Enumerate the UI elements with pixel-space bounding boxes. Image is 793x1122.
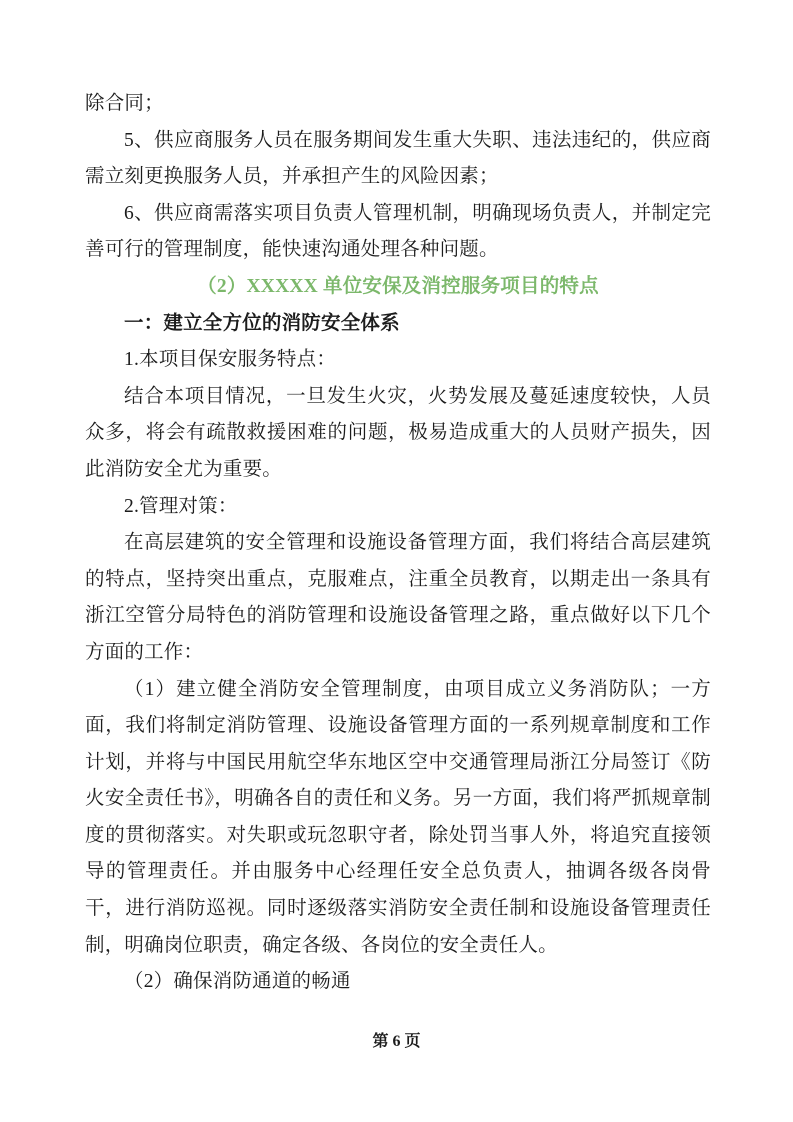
paragraph-clause-5: 5、供应商服务人员在服务期间发生重大失职、违法违纪的，供应商需立刻更换服务人员，… (85, 123, 711, 196)
paragraph-fire-management-system: （1）建立健全消防安全管理制度，由项目成立义务消防队；一方面，我们将制定消防管理… (85, 672, 711, 965)
heading-fire-safety-system: 一：建立全方位的消防安全体系 (85, 306, 711, 343)
paragraph-clause-6: 6、供应商需落实项目负责人管理机制，明确现场负责人，并制定完善可行的管理制度，能… (85, 196, 711, 269)
page-number: 第 6 页 (0, 1028, 793, 1051)
paragraph-contract-termination-continued: 除合同； (85, 86, 711, 123)
paragraph-fire-passage-heading: （2）确保消防通道的畅通 (85, 964, 711, 1001)
paragraph-management-strategy-label: 2.管理对策： (85, 489, 711, 526)
document-body: 除合同； 5、供应商服务人员在服务期间发生重大失职、违法违纪的，供应商需立刻更换… (85, 86, 711, 1001)
paragraph-fire-risk-description: 结合本项目情况，一旦发生火灾，火势发展及蔓延速度较快，人员众多，将会有疏散救援困… (85, 379, 711, 489)
paragraph-highrise-management: 在高层建筑的安全管理和设施设备管理方面，我们将结合高层建筑的特点，坚持突出重点，… (85, 525, 711, 671)
paragraph-security-service-features-label: 1.本项目保安服务特点： (85, 342, 711, 379)
heading-project-features: （2）XXXXX 单位安保及消控服务项目的特点 (85, 269, 711, 306)
document-page: 除合同； 5、供应商服务人员在服务期间发生重大失职、违法违纪的，供应商需立刻更换… (0, 0, 793, 1122)
